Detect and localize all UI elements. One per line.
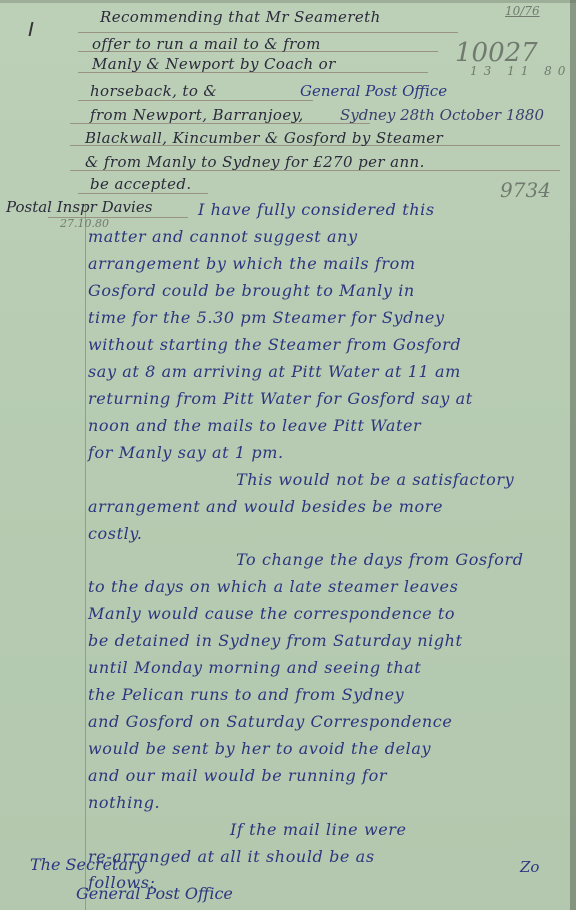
summary-line: Recommending that Mr Seamereth [100,8,381,26]
body-line: time for the 5.30 pm Steamer for Sydney [88,308,445,327]
addressee-office: General Post Office [76,884,233,903]
body-line: be detained in Sydney from Saturday nigh… [88,631,463,650]
body-line: and Gosford on Saturday Correspondence [88,712,452,731]
corner-annotation: 10/76 [505,4,540,18]
header-stamp-date: Sydney 28th October 1880 [340,106,544,124]
summary-line: from Newport, Barranjoey, [90,106,304,124]
body-line: If the mail line were [230,820,407,839]
body-line: Gosford could be brought to Manly in [88,281,415,300]
ruled-line [78,100,313,101]
body-line: say at 8 am arriving at Pitt Water at 11… [88,362,461,381]
header-stamp-office: General Post Office [300,82,447,100]
secondary-number: 9734 [500,178,551,202]
margin-note-author: Postal Inspr Davies [6,198,152,216]
body-line: arrangement by which the mails from [88,254,416,273]
body-line: Manly would cause the correspondence to [88,604,455,623]
footer-mark: Zo [520,858,539,876]
summary-line: Manly & Newport by Coach or [92,55,336,73]
summary-line: horseback, to & [90,82,217,100]
ruled-line [78,32,458,33]
body-line: the Pelican runs to and from Sydney [88,685,404,704]
margin-tick-mark [29,22,40,36]
body-line: would be sent by her to avoid the delay [88,739,431,758]
page-top-edge [0,0,576,3]
body-line: matter and cannot suggest any [88,227,358,246]
body-line: until Monday morning and seeing that [88,658,421,677]
summary-line: offer to run a mail to & from [92,35,321,53]
body-line: This would not be a satisfactory [236,470,514,489]
body-line: returning from Pitt Water for Gosford sa… [88,389,473,408]
registry-date: 13 11 80 [470,64,571,78]
document-page: 10/76 10027 13 11 80 9734 Recommending t… [0,0,576,910]
body-line: to the days on which a late steamer leav… [88,577,458,596]
body-line: without starting the Steamer from Gosfor… [88,335,461,354]
body-line: and our mail would be running for [88,766,387,785]
body-line: for Manly say at 1 pm. [88,443,284,462]
body-line: arrangement and would besides be more [88,497,443,516]
body-line: I have fully considered this [198,200,435,219]
page-right-edge [570,0,576,910]
body-line: nothing. [88,793,160,812]
body-line: noon and the mails to leave Pitt Water [88,416,421,435]
margin-rule [85,205,86,910]
body-line: costly. [88,524,143,543]
body-line: To change the days from Gosford [236,550,524,569]
ruled-line [78,193,208,194]
summary-line: Blackwall, Kincumber & Gosford by Steame… [85,129,443,147]
summary-line: & from Manly to Sydney for £270 per ann. [85,153,425,171]
summary-line: be accepted. [90,175,192,193]
addressee-title: The Secretary [30,855,145,874]
